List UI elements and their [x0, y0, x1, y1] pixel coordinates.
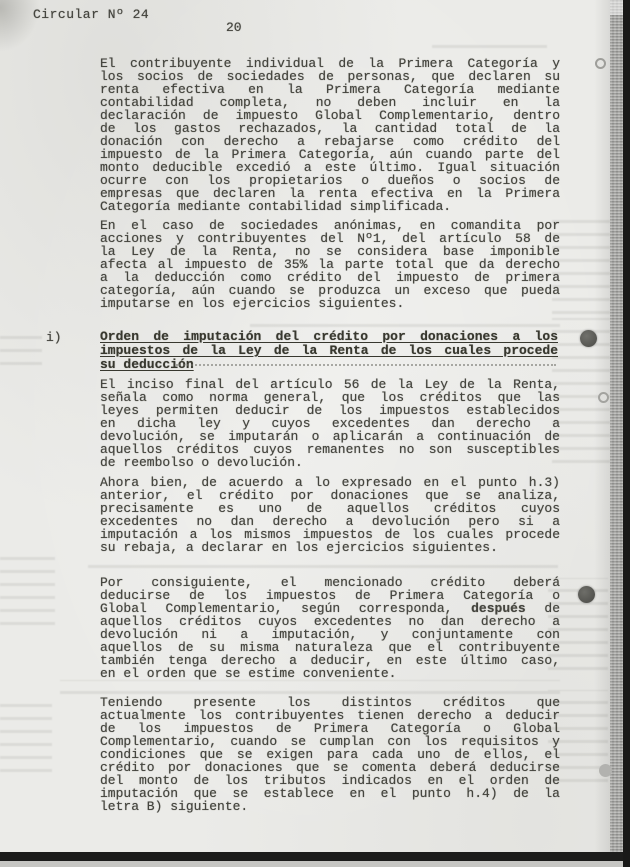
text-line: leyes permiten deducir de los impuestos … [100, 404, 560, 417]
punch-hole [595, 58, 606, 69]
bleedthrough-mark [250, 316, 560, 327]
text-line: imputación que se establece en el punto … [100, 787, 560, 800]
paragraph: Teniendo presente los distintos créditos… [100, 696, 560, 813]
text-line: los socios de sociedades de personas, qu… [100, 70, 560, 83]
text-line: de los impuestos de Primera Categoría o … [100, 722, 560, 735]
text-line: del monto de los tributos indicados en e… [100, 774, 560, 787]
text-line: de los gastos rechazados, la cantidad to… [100, 122, 560, 135]
text-line: En el caso de sociedades anónimas, en co… [100, 219, 560, 232]
text-line: Teniendo presente los distintos créditos… [100, 696, 560, 709]
text-line: impuestos de la Ley de la Renta de los c… [100, 344, 558, 358]
text-line: a la deducción como crédito del impuesto… [100, 271, 560, 284]
text-line: precisamente es uno de aquellos créditos… [100, 502, 560, 515]
text-line: también tenga derecho a deducir, en este… [100, 654, 560, 667]
paragraph: Por consiguiente, el mencionado crédito … [100, 576, 560, 680]
dotted-leader [176, 360, 556, 366]
text-line: renta efectiva en la Primera Categoría m… [100, 83, 560, 96]
page-edge-shadow [594, 0, 610, 852]
paper-edge-mark [599, 764, 612, 777]
text-line: empresas que declaren la renta efectiva … [100, 187, 560, 200]
text-line: en el orden que se estime conveniente. [100, 667, 560, 680]
text-line: Global Complementario, según corresponda… [100, 602, 560, 615]
paragraph: Ahora bien, de acuerdo a lo expresado en… [100, 476, 560, 554]
scanner-bed-bottom [0, 861, 623, 867]
section-label: i) [46, 330, 62, 345]
text-line: monto deducible excedió a este último. I… [100, 161, 560, 174]
bleedthrough-mark [432, 38, 547, 48]
scan-edge-right [610, 0, 623, 852]
text-line: excedentes no dan derecho a devolución p… [100, 515, 560, 528]
text-line: ocurre con los propietarios o dueños o s… [100, 174, 560, 187]
text-line: impuesto de la Primera Categoría, aún cu… [100, 148, 560, 161]
bleedthrough-mark [60, 680, 560, 694]
scan-edge-right-highlight [610, 0, 623, 15]
text-line: crédito por donaciones que se comenta de… [100, 761, 560, 774]
text-line: devolución, se imputarán o aplicarán a c… [100, 430, 560, 443]
scanned-page: Circular Nº 24 20 El contribuyente indiv… [0, 0, 630, 867]
text-line: aquellos de su misma naturaleza que el c… [100, 641, 560, 654]
bleedthrough-mark [0, 700, 52, 772]
text-line: acciones y contribuyentes del Nº1, del a… [100, 232, 560, 245]
text-line: señala como norma general, que los crédi… [100, 391, 560, 404]
text-line: en dicha ley y cuyos excedentes dan dere… [100, 417, 560, 430]
bleedthrough-mark [88, 558, 558, 568]
paragraph: El contribuyente individual de la Primer… [100, 57, 560, 213]
staple-mark [580, 330, 597, 347]
text-line: contabilidad completa, no deben incluir … [100, 96, 560, 109]
text-line: El contribuyente individual de la Primer… [100, 57, 560, 70]
text-line: Orden de imputación del crédito por dona… [100, 330, 558, 344]
text-line: su rebaja, a declarar en los ejercicios … [100, 541, 560, 554]
text-line: devolución ni a imputación, y conjuntame… [100, 628, 560, 641]
text-line: afecta al impuesto de 35% la parte total… [100, 258, 560, 271]
page-number: 20 [226, 20, 242, 35]
text-line: declaración de impuesto Global Complemen… [100, 109, 560, 122]
text-line: donación con derecho a rebajarse como cr… [100, 135, 560, 148]
text-line: letra B) siguiente. [100, 800, 560, 813]
text-line: categoría, aún cuando se produzca un exc… [100, 284, 560, 297]
bleedthrough-mark [0, 555, 55, 625]
staple-mark [578, 586, 595, 603]
circular-number: Circular Nº 24 [33, 7, 149, 22]
paragraph: En el caso de sociedades anónimas, en co… [100, 219, 560, 310]
scan-border-bottom [0, 852, 623, 861]
text-line: Ahora bien, de acuerdo a lo expresado en… [100, 476, 560, 489]
text-line: imputación a los mismos impuestos de los… [100, 528, 560, 541]
text-line: Categoría mediante contabilidad simplifi… [100, 200, 560, 213]
text-line: aquellos créditos cuyos remanentes no so… [100, 443, 560, 456]
bleedthrough-mark [0, 333, 42, 365]
scan-border-right [623, 0, 630, 867]
text-line: la Ley de la Renta, no se considera base… [100, 245, 560, 258]
text-line: deducirse de los impuestos de Primera Ca… [100, 589, 560, 602]
text-line: El inciso final del artículo 56 de la Le… [100, 378, 560, 391]
text-line: anterior, el crédito por donaciones que … [100, 489, 560, 502]
punch-hole [598, 392, 609, 403]
text-line: de reembolso o devolución. [100, 456, 560, 469]
text-line: imputarse en los ejercicios siguientes. [100, 297, 560, 310]
text-line: actualmente los contribuyentes tienen de… [100, 709, 560, 722]
text-line: aquellos créditos cuyos excedentes no da… [100, 615, 560, 628]
paragraph: El inciso final del artículo 56 de la Le… [100, 378, 560, 469]
text-line: Por consiguiente, el mencionado crédito … [100, 576, 560, 589]
text-line: condiciones que se exigen para cada uno … [100, 748, 560, 761]
text-line: Complementario, cuando se cumplan con lo… [100, 735, 560, 748]
